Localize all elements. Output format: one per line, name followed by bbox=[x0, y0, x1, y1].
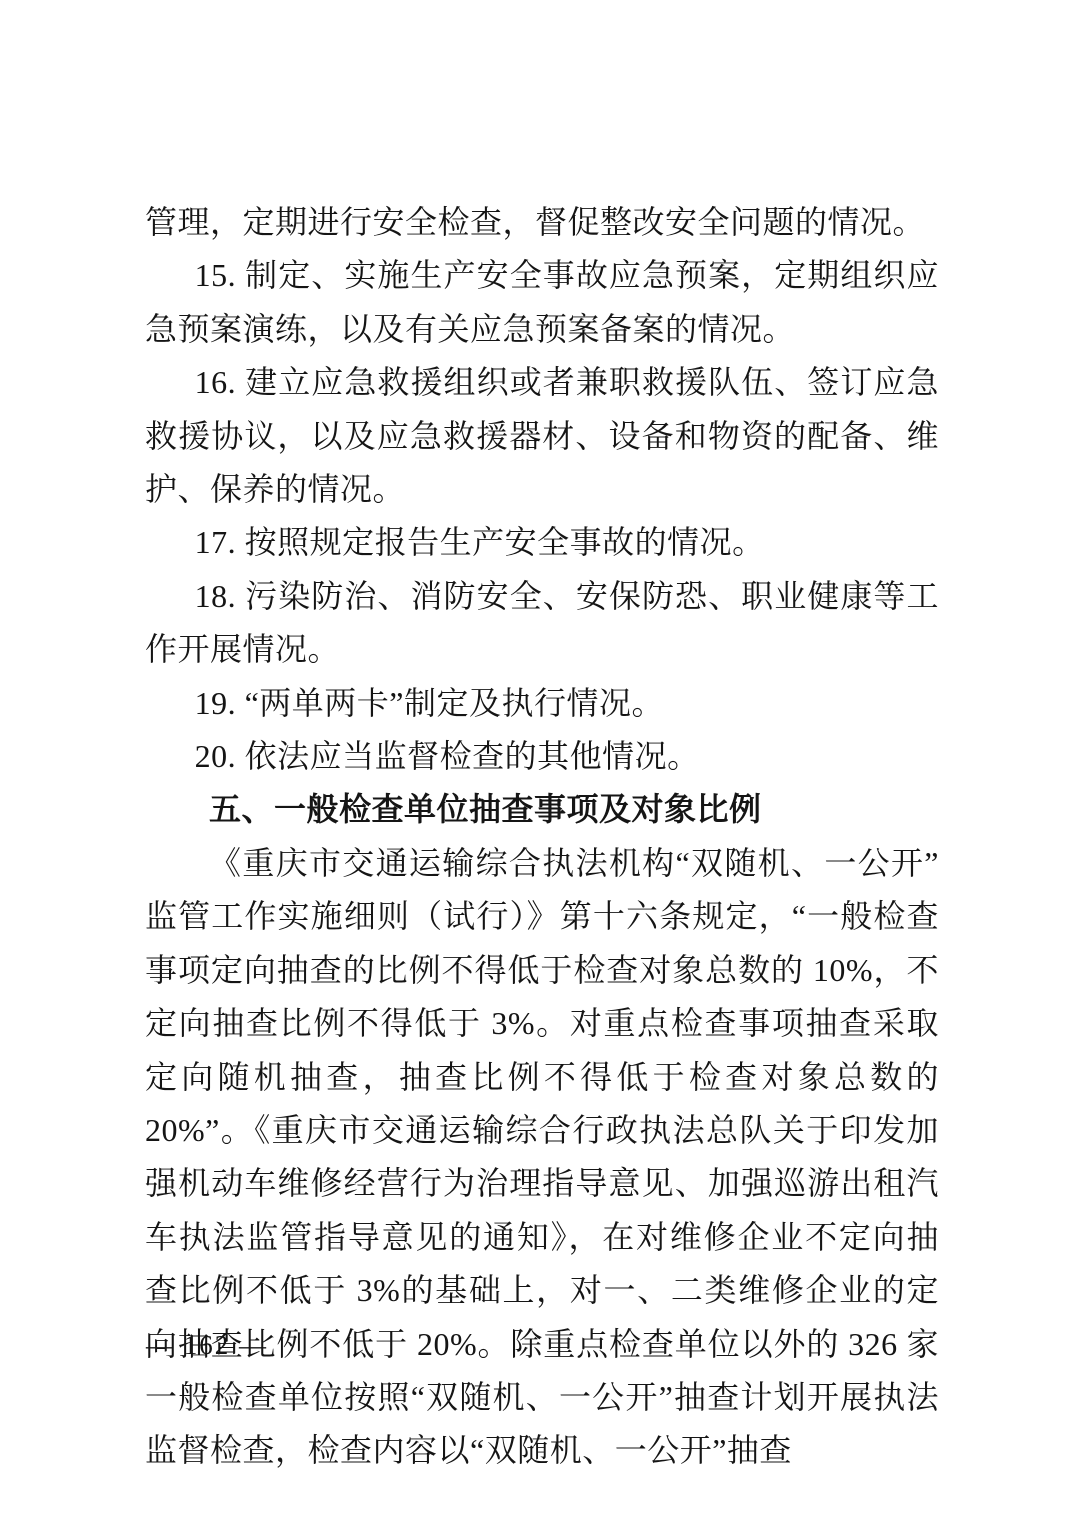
list-item-18: 18. 污染防治、消防安全、安保防恐、职业健康等工作开展情况。 bbox=[145, 570, 939, 677]
page-number: — 162 — bbox=[146, 1330, 268, 1361]
list-item-15: 15. 制定、实施生产安全事故应急预案，定期组织应急预案演练，以及有关应急预案备… bbox=[145, 249, 939, 356]
list-item-20: 20. 依法应当监督检查的其他情况。 bbox=[145, 730, 939, 783]
list-item-19: 19. “两单两卡”制定及执行情况。 bbox=[145, 677, 939, 730]
document-body: 管理，定期进行安全检查，督促整改安全问题的情况。 15. 制定、实施生产安全事故… bbox=[145, 196, 939, 1478]
list-item-16: 16. 建立应急救援组织或者兼职救援队伍、签订应急救援协议，以及应急救援器材、设… bbox=[145, 356, 939, 516]
paragraph-body: 《重庆市交通运输综合执法机构“双随机、一公开”监管工作实施细则（试行）》第十六条… bbox=[145, 837, 939, 1478]
list-item-17: 17. 按照规定报告生产安全事故的情况。 bbox=[145, 516, 939, 569]
section-heading: 五、一般检查单位抽查事项及对象比例 bbox=[145, 783, 939, 836]
paragraph-continuation: 管理，定期进行安全检查，督促整改安全问题的情况。 bbox=[145, 196, 939, 249]
document-page: 管理，定期进行安全检查，督促整改安全问题的情况。 15. 制定、实施生产安全事故… bbox=[0, 0, 1074, 1520]
